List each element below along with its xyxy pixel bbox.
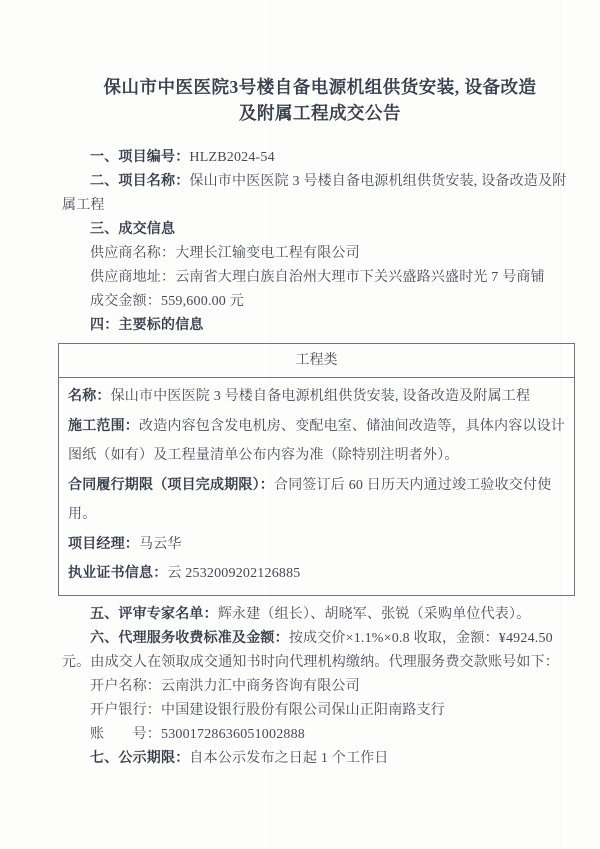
- row-certificate-label: 执业证书信息：: [68, 566, 167, 581]
- publicity-period-value: 自本公示发布之日起 1 个工作日: [189, 751, 388, 766]
- review-experts-value: 辉永建（组长）、胡晓军、张锐（采购单位代表）。: [218, 607, 531, 622]
- bank-account-name-line: 开户名称：云南洪力汇中商务咨询有限公司: [62, 675, 578, 699]
- bank-name-label: 开户银行：: [90, 703, 161, 718]
- bank-account-name-value: 云南洪力汇中商务咨询有限公司: [161, 679, 360, 694]
- table-row: 名称：保山市中医医院 3 号楼自备电源机组供货安装, 设备改造及附属工程: [68, 382, 566, 412]
- row-name-label: 名称：: [68, 389, 111, 404]
- agency-fee-label: 六、代理服务收费标准及金额：: [90, 631, 289, 646]
- bank-account-no-line: 账 号：53001728636051002888: [62, 723, 578, 747]
- bank-account-no-value: 53001728636051002888: [161, 727, 305, 742]
- bank-account-no-label: 账 号：: [90, 727, 161, 742]
- row-certificate-value: 云 2532009202126885: [167, 566, 300, 581]
- scan-artifact-line: [560, 0, 561, 849]
- agency-fee-line: 六、代理服务收费标准及金额：按成交价×1.1%×0.8 收取，金额：¥4924.…: [62, 627, 578, 675]
- supplier-name-label: 供应商名称：: [90, 246, 175, 261]
- deal-amount-line: 成交金额：559,600.00 元: [62, 290, 578, 314]
- scan-artifact-line: [270, 0, 271, 849]
- review-experts-label: 五、评审专家名单：: [90, 607, 218, 622]
- scanned-document-page: 保山市中医医院3号楼自备电源机组供货安装, 设备改造及附属工程成交公告 一、项目…: [0, 0, 600, 849]
- table-header-project-class: 工程类: [59, 344, 574, 378]
- deal-amount-label: 成交金额：: [90, 294, 161, 309]
- project-number-label: 一、项目编号：: [90, 150, 189, 165]
- main-subject-heading: 四：主要标的信息: [62, 314, 578, 338]
- deal-amount-value: 559,600.00 元: [161, 294, 244, 309]
- row-project-manager-value: 马云华: [139, 537, 182, 552]
- supplier-address-label: 供应商地址：: [90, 270, 175, 285]
- supplier-address-value: 云南省大理白族自治州大理市下关兴盛路兴盛时光 7 号商铺: [175, 270, 545, 285]
- supplier-name-line: 供应商名称：大理长江输变电工程有限公司: [62, 242, 578, 266]
- supplier-name-value: 大理长江输变电工程有限公司: [175, 246, 360, 261]
- row-name-value: 保山市中医医院 3 号楼自备电源机组供货安装, 设备改造及附属工程: [111, 389, 531, 404]
- project-name-line: 二、项目名称：保山市中医医院 3 号楼自备电源机组供货安装, 设备改造及附属工程: [62, 170, 578, 218]
- main-subject-heading-label: 四：主要标的信息: [90, 318, 204, 333]
- row-contract-term-label: 合同履行期限（项目完成期限）：: [68, 478, 274, 493]
- row-scope-value: 改造内容包含发电机房、变配电室、储油间改造等，具体内容以设计图纸（如有）及工程量…: [68, 419, 565, 464]
- review-experts-line: 五、评审专家名单：辉永建（组长）、胡晓军、张锐（采购单位代表）。: [62, 603, 578, 627]
- project-number-value: HLZB2024-54: [189, 150, 274, 165]
- bank-name-value: 中国建设银行股份有限公司保山正阳南路支行: [161, 703, 445, 718]
- award-info-heading-label: 三、成交信息: [90, 222, 175, 237]
- bank-name-line: 开户银行：中国建设银行股份有限公司保山正阳南路支行: [62, 699, 578, 723]
- table-body: 名称：保山市中医医院 3 号楼自备电源机组供货安装, 设备改造及附属工程 施工范…: [59, 378, 574, 595]
- subject-info-table: 工程类 名称：保山市中医医院 3 号楼自备电源机组供货安装, 设备改造及附属工程…: [58, 343, 575, 596]
- table-row: 项目经理：马云华: [68, 530, 566, 560]
- document-content: 保山市中医医院3号楼自备电源机组供货安装, 设备改造及附属工程成交公告 一、项目…: [0, 0, 600, 771]
- publicity-period-line: 七、公示期限：自本公示发布之日起 1 个工作日: [62, 747, 578, 771]
- project-name-label: 二、项目名称：: [90, 174, 189, 189]
- supplier-address-line: 供应商地址：云南省大理白族自治州大理市下关兴盛路兴盛时光 7 号商铺: [62, 266, 578, 290]
- award-info-heading: 三、成交信息: [62, 218, 578, 242]
- table-row: 施工范围：改造内容包含发电机房、变配电室、储油间改造等，具体内容以设计图纸（如有…: [68, 412, 566, 471]
- row-project-manager-label: 项目经理：: [68, 537, 139, 552]
- row-scope-label: 施工范围：: [68, 419, 139, 434]
- table-row: 执业证书信息：云 2532009202126885: [68, 559, 566, 589]
- document-title: 保山市中医医院3号楼自备电源机组供货安装, 设备改造及附属工程成交公告: [97, 74, 543, 126]
- project-number-line: 一、项目编号：HLZB2024-54: [62, 146, 578, 170]
- publicity-period-label: 七、公示期限：: [90, 751, 189, 766]
- table-row: 合同履行期限（项目完成期限）：合同签订后 60 日历天内通过竣工验收交付使用。: [68, 471, 566, 530]
- bank-account-name-label: 开户名称：: [90, 679, 161, 694]
